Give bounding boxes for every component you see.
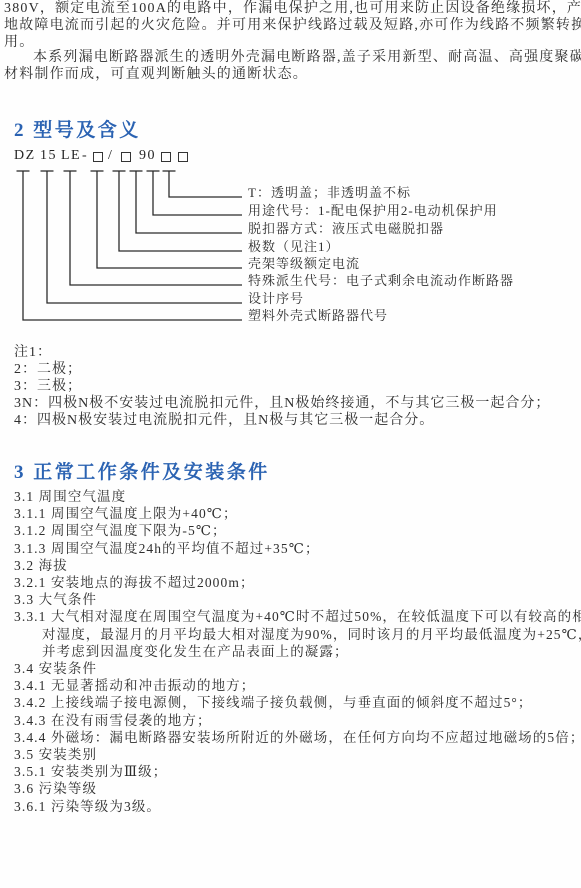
- text-line: 3.1.3 周围空气温度24h的平均值不超过+35℃；: [14, 540, 581, 557]
- intro-paragraph-continued: 380V，额定电流至100A的电路中，作漏电保护之用,也可用来防止因设备绝缘损坏…: [4, 0, 581, 51]
- text-line: 3.6 污染等级: [14, 780, 581, 797]
- section-3-heading: 3 正常工作条件及安装条件: [14, 461, 270, 485]
- diagram-label: 壳架等级额定电流: [248, 257, 360, 271]
- diagram-label: 设计序号: [248, 292, 304, 306]
- text-line: 本系列漏电断路器派生的透明外壳漏电断路器,盖子采用新型、耐高温、高强度聚碳酸酯: [4, 49, 581, 66]
- diagram-label: 脱扣器方式：液压式电磁脱扣器: [248, 222, 444, 236]
- section-2-heading: 2 型号及含义: [14, 119, 141, 143]
- text-line: 380V，额定电流至100A的电路中，作漏电保护之用,也可用来防止因设备绝缘损坏…: [4, 0, 581, 17]
- model-designation-diagram: DZ 15 LE - / 90 T：透明盖；非透明盖不标 用途代号：1-配电保护…: [0, 148, 581, 334]
- text-line: 2：二极；: [14, 361, 550, 378]
- text-line: 3.2.1 安装地点的海拔不超过2000m；: [14, 574, 581, 591]
- diagram-label: 极数（见注1）: [248, 240, 340, 254]
- text-line: 3.5.1 安装类别为Ⅲ级；: [14, 763, 581, 780]
- text-line: 3N：四极N极不安装过电流脱扣元件，且N极始终接通，不与其它三极一起合分；: [14, 395, 550, 412]
- diagram-label: 用途代号：1-配电保护用2-电动机保护用: [248, 204, 498, 218]
- text-line: 4：四极N极安装过电流脱扣元件，且N极与其它三极一起合分。: [14, 412, 550, 429]
- text-line: 地故障电流而引起的火灾危险。并可用来保护线路过载及短路,亦可作为线路不频繁转换之: [4, 17, 581, 34]
- text-line: 注1：: [14, 344, 550, 361]
- working-and-installation-conditions: 3.1 周围空气温度 3.1.1 周围空气温度上限为+40℃； 3.1.2 周围…: [14, 488, 581, 815]
- text-line: 3.6.1 污染等级为3级。: [14, 798, 581, 815]
- text-line: 材料制作而成，可直观判断触头的通断状态。: [4, 66, 581, 83]
- text-line: 3.1.2 周围空气温度下限为-5℃；: [14, 522, 581, 539]
- text-line: 3.4.4 外磁场：漏电断路器安装场所附近的外磁场，在任何方向均不应超过地磁场的…: [14, 729, 581, 746]
- intro-paragraph-series: 本系列漏电断路器派生的透明外壳漏电断路器,盖子采用新型、耐高温、高强度聚碳酸酯 …: [4, 49, 581, 83]
- text-line: 3.3.1 大气相对湿度在周围空气温度为+40℃时不超过50%，在较低温度下可以…: [14, 608, 581, 625]
- text-line: 3.2 海拔: [14, 557, 581, 574]
- text-line: 3.4.2 上接线端子接电源侧，下接线端子接负载侧，与垂直面的倾斜度不超过5°；: [14, 694, 581, 711]
- diagram-label: 特殊派生代号：电子式剩余电流动作断路器: [248, 274, 514, 288]
- text-line: 3.1.1 周围空气温度上限为+40℃；: [14, 505, 581, 522]
- text-line: 3：三极；: [14, 378, 550, 395]
- text-line: 3.1 周围空气温度: [14, 488, 581, 505]
- text-line: 3.4.3 在没有雨雪侵袭的地方；: [14, 712, 581, 729]
- text-line: 3.4.1 无显著摇动和冲击振动的地方；: [14, 677, 581, 694]
- text-line: 3.4 安装条件: [14, 660, 581, 677]
- text-line: 3.3 大气条件: [14, 591, 581, 608]
- text-line: 3.5 安装类别: [14, 746, 581, 763]
- pole-notes: 注1： 2：二极； 3：三极； 3N：四极N极不安装过电流脱扣元件，且N极始终接…: [14, 344, 550, 429]
- text-line: 并考虑到因温度变化发生在产品表面上的凝露；: [14, 643, 581, 660]
- diagram-label: 塑料外壳式断路器代号: [248, 309, 388, 323]
- text-line: 对湿度，最湿月的月平均最大相对湿度为90%，同时该月的月平均最低温度为+25℃，: [14, 626, 581, 643]
- document-page: 380V，额定电流至100A的电路中，作漏电保护之用,也可用来防止因设备绝缘损坏…: [0, 0, 581, 888]
- diagram-label: T：透明盖；非透明盖不标: [248, 186, 411, 200]
